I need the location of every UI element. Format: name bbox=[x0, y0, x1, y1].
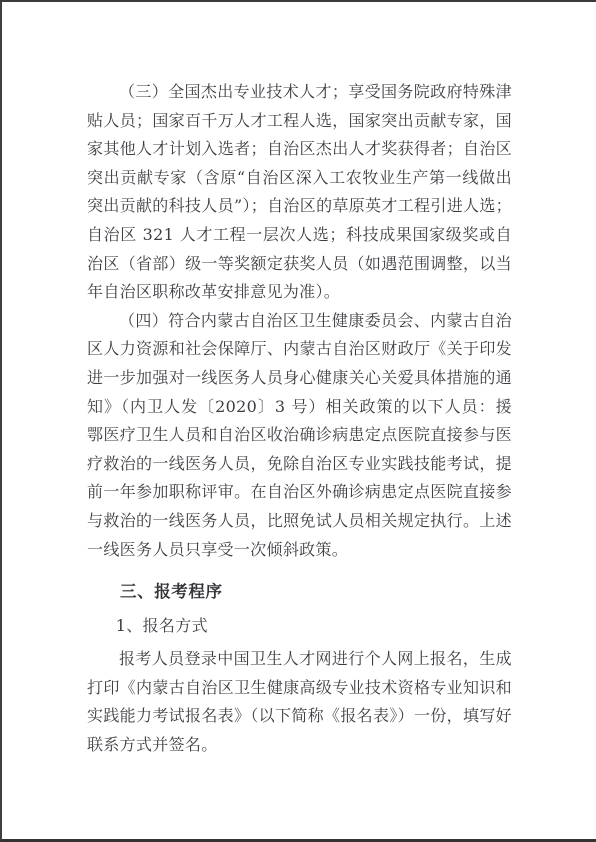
paragraph-registration-instructions: 报考人员登录中国卫生人才网进行个人网上报名，生成打印《内蒙古自治区卫生健康高级专… bbox=[87, 645, 512, 759]
document-content: （三）全国杰出专业技术人才；享受国务院政府特殊津贴人员；国家百千万人才工程人选，… bbox=[2, 2, 596, 760]
subsection-heading-registration-method: 1、报名方式 bbox=[87, 612, 512, 641]
document-page: （三）全国杰出专业技术人才；享受国务院政府特殊津贴人员；国家百千万人才工程人选，… bbox=[0, 0, 596, 842]
paragraph-item-four: （四）符合内蒙古自治区卫生健康委员会、内蒙古自治区人力资源和社会保障厅、内蒙古自… bbox=[87, 307, 512, 564]
paragraph-item-three: （三）全国杰出专业技术人才；享受国务院政府特殊津贴人员；国家百千万人才工程人选，… bbox=[87, 78, 512, 307]
section-heading-registration-procedure: 三、报考程序 bbox=[87, 578, 512, 607]
